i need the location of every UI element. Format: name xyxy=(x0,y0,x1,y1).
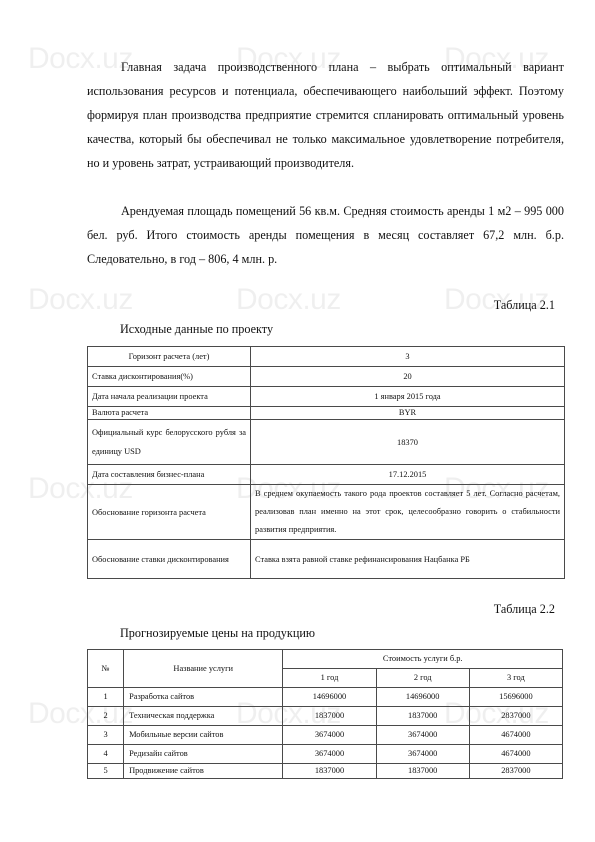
row-year-2: 1837000 xyxy=(376,764,469,779)
row-label: Обоснование ставки дисконтирования xyxy=(88,540,251,579)
row-value: В среднем окупаемость такого рода проект… xyxy=(251,485,565,540)
row-num: 5 xyxy=(88,764,124,779)
table-2-2-number: Таблица 2.2 xyxy=(494,601,555,617)
project-input-data-table: Горизонт расчета (лет) 3 Ставка дисконти… xyxy=(87,346,565,579)
table-row: Дата составления бизнес-плана 17.12.2015 xyxy=(88,465,565,485)
table-row: 5 Продвижение сайтов 1837000 1837000 283… xyxy=(88,764,563,779)
table-2-2-title: Прогнозируемые цены на продукцию xyxy=(120,625,315,641)
row-num: 2 xyxy=(88,707,124,726)
table-2-1-title: Исходные данные по проекту xyxy=(120,321,273,337)
row-num: 4 xyxy=(88,745,124,764)
table-row: Обоснование ставки дисконтирования Ставк… xyxy=(88,540,565,579)
row-value: 1 января 2015 года xyxy=(251,387,565,407)
header-year-3: 3 год xyxy=(469,669,562,688)
row-value: 17.12.2015 xyxy=(251,465,565,485)
row-year-2: 3674000 xyxy=(376,726,469,745)
row-year-3: 4674000 xyxy=(469,726,562,745)
row-label: Дата начала реализации проекта xyxy=(88,387,251,407)
header-num: № xyxy=(88,650,124,688)
row-label: Дата составления бизнес-плана xyxy=(88,465,251,485)
row-service-name: Разработка сайтов xyxy=(124,688,283,707)
row-year-1: 3674000 xyxy=(283,745,376,764)
table-row: Ставка дисконтирования(%) 20 xyxy=(88,367,565,387)
table-row: 2 Техническая поддержка 1837000 1837000 … xyxy=(88,707,563,726)
table-row: Валюта расчета BYR xyxy=(88,407,565,420)
row-label: Ставка дисконтирования(%) xyxy=(88,367,251,387)
row-label: Обоснование горизонта расчета xyxy=(88,485,251,540)
row-num: 1 xyxy=(88,688,124,707)
table-row: 3 Мобильные версии сайтов 3674000 367400… xyxy=(88,726,563,745)
header-service-name: Название услуги xyxy=(124,650,283,688)
header-year-2: 2 год xyxy=(376,669,469,688)
paragraph-rent: Арендуемая площадь помещений 56 кв.м. Ср… xyxy=(87,199,564,271)
row-num: 3 xyxy=(88,726,124,745)
row-year-2: 1837000 xyxy=(376,707,469,726)
paragraph-production-plan: Главная задача производственного плана –… xyxy=(87,55,564,175)
row-year-1: 3674000 xyxy=(283,726,376,745)
row-value: 3 xyxy=(251,347,565,367)
row-year-3: 2837000 xyxy=(469,707,562,726)
row-label: Горизонт расчета (лет) xyxy=(88,347,251,367)
row-value: 20 xyxy=(251,367,565,387)
table-row: Официальный курс белорусского рубля за е… xyxy=(88,420,565,465)
row-service-name: Техническая поддержка xyxy=(124,707,283,726)
row-label: Валюта расчета xyxy=(88,407,251,420)
row-value: Ставка взята равной ставке рефинансирова… xyxy=(251,540,565,579)
row-year-3: 2837000 xyxy=(469,764,562,779)
row-year-1: 1837000 xyxy=(283,707,376,726)
row-year-1: 1837000 xyxy=(283,764,376,779)
row-year-1: 14696000 xyxy=(283,688,376,707)
row-service-name: Редизайн сайтов xyxy=(124,745,283,764)
table-row: Дата начала реализации проекта 1 января … xyxy=(88,387,565,407)
row-year-2: 14696000 xyxy=(376,688,469,707)
table-2-1-number: Таблица 2.1 xyxy=(494,297,555,313)
row-label: Официальный курс белорусского рубля за е… xyxy=(88,420,251,465)
table-row: Горизонт расчета (лет) 3 xyxy=(88,347,565,367)
table-row: 1 Разработка сайтов 14696000 14696000 15… xyxy=(88,688,563,707)
row-year-3: 4674000 xyxy=(469,745,562,764)
row-year-3: 15696000 xyxy=(469,688,562,707)
watermark: Docx.uz xyxy=(236,283,341,317)
header-cost-group: Стоимость услуги б.р. xyxy=(283,650,563,669)
row-year-2: 3674000 xyxy=(376,745,469,764)
header-year-1: 1 год xyxy=(283,669,376,688)
forecast-prices-table: № Название услуги Стоимость услуги б.р. … xyxy=(87,649,563,779)
table-header-row: № Название услуги Стоимость услуги б.р. xyxy=(88,650,563,669)
row-value: 18370 xyxy=(251,420,565,465)
row-service-name: Продвижение сайтов xyxy=(124,764,283,779)
table-row: Обоснование горизонта расчета В среднем … xyxy=(88,485,565,540)
row-value: BYR xyxy=(251,407,565,420)
table-row: 4 Редизайн сайтов 3674000 3674000 467400… xyxy=(88,745,563,764)
row-service-name: Мобильные версии сайтов xyxy=(124,726,283,745)
watermark: Docx.uz xyxy=(28,283,133,317)
